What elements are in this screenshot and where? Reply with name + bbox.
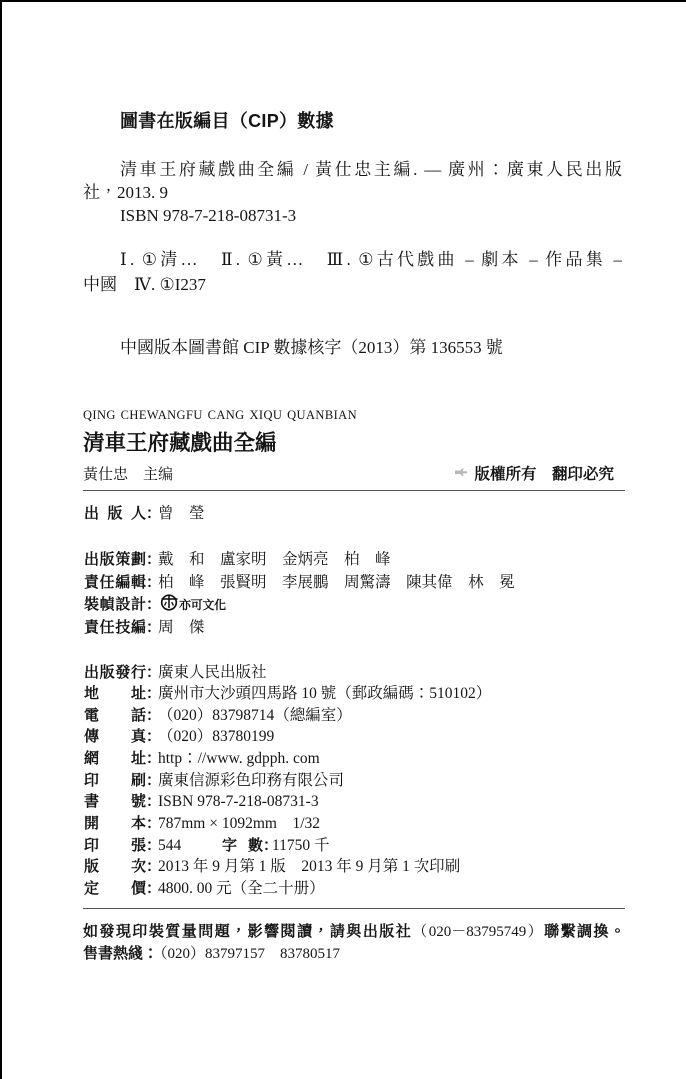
staff-row-design: 裝幀設計： 亦可文化	[84, 594, 515, 617]
label-separator: ：	[146, 705, 158, 727]
detail-label: 電話	[84, 705, 146, 727]
page-border-left	[0, 0, 2, 1079]
detail-label: 傳真	[84, 726, 146, 748]
detail-label: 印張	[84, 835, 146, 857]
cip-subjects-line-1: Ⅰ. ①清… Ⅱ. ①黃… Ⅲ. ①古代戲曲 – 劇本 – 作品集 –	[120, 248, 622, 271]
label-separator: ：	[146, 878, 158, 900]
detail-label: 開本	[84, 813, 146, 835]
detail-label: 網址	[84, 748, 146, 770]
detail-label: 地址	[84, 683, 146, 705]
cip-isbn: ISBN 978-7-218-08731-3	[120, 204, 296, 227]
detail-label: 版次	[84, 856, 146, 878]
detail-value: （020）83798714（總編室）	[158, 707, 352, 724]
detail-value: （020）83780199	[158, 728, 274, 745]
book-title: 清車王府藏戲曲全編	[83, 430, 277, 456]
label-separator: ：	[146, 549, 158, 572]
copyright-page: 圖書在版編目（CIP）數據 清車王府藏戲曲全編 / 黃仕忠主編. — 廣州：廣東…	[0, 0, 686, 1079]
staff-row-technical: 責任技編：周 傑	[84, 617, 515, 640]
staff-row-editors: 責任編輯：柏 峰張賢明李展鵬周驚濤陳其偉林 冕	[84, 572, 515, 595]
detail-value: 544	[158, 835, 222, 857]
detail-value: 787mm × 1092mm 1/32	[158, 815, 320, 832]
staff-label: 裝幀設計	[84, 594, 146, 617]
label-separator: ：	[263, 835, 272, 857]
staff-name: 戴 和	[158, 551, 205, 568]
cip-entry-line-1: 清車王府藏戲曲全編 / 黃仕忠主編. — 廣州：廣東人民出版	[120, 158, 622, 181]
staff-name: 李展鵬	[282, 574, 329, 591]
staff-row-planning: 出版策劃：戴 和盧家明金炳亮柏 峰	[84, 549, 515, 572]
pinyin-title: QING CHEWANGFU CANG XIQU QUANBIAN	[83, 407, 357, 423]
label-separator: ：	[146, 726, 158, 748]
publisher-row: 出版人：曾 瑩	[84, 503, 205, 525]
staff-name: 周 傑	[158, 619, 205, 636]
cip-entry-line-2: 社，2013. 9	[83, 181, 168, 204]
yike-circle-logo-icon	[160, 593, 178, 619]
rights-notice: 版權所有 翻印必究	[454, 464, 614, 486]
detail-row-phone: 電話：（020）83798714（總編室）	[84, 705, 491, 727]
cip-title: 圖書在版編目（CIP）數據	[120, 110, 334, 132]
label-separator: ：	[146, 572, 158, 595]
staff-name: 柏 峰	[344, 551, 391, 568]
detail-value: 廣東人民出版社	[158, 664, 267, 681]
publishing-details: 出版發行：廣東人民出版社 地址：廣州市大沙頭四馬路 10 號（郵政編碼：5101…	[84, 662, 491, 900]
staff-name: 周驚濤	[344, 574, 391, 591]
label-separator: ：	[146, 748, 158, 770]
staff-name: 金炳亮	[282, 551, 329, 568]
detail-row-edition: 版次：2013 年 9 月第 1 版 2013 年 9 月第 1 次印刷	[84, 856, 491, 878]
detail-label: 印刷	[84, 770, 146, 792]
word-count-value: 11750 千	[272, 837, 330, 854]
cip-number: 中國版本圖書館 CIP 數據核字（2013）第 136553 號	[120, 336, 503, 359]
notice-phone: （020－83795749）	[412, 924, 544, 940]
label-separator: ：	[146, 835, 158, 857]
label-separator: ：	[146, 503, 158, 525]
detail-row-sheets: 印張：544字數：11750 千	[84, 835, 491, 857]
detail-label: 定價	[84, 878, 146, 900]
detail-value: 廣東信源彩色印務有限公司	[158, 772, 344, 789]
staff-name: 陳其偉	[406, 574, 453, 591]
staff-name: 林 冕	[468, 574, 515, 591]
divider-bottom	[83, 908, 625, 909]
hotline-value: （020）83797157 83780517	[160, 946, 340, 962]
label-separator: ：	[146, 770, 158, 792]
staff-label: 責任技編	[84, 617, 146, 640]
label-separator: ：	[146, 594, 158, 617]
staff-label: 責任編輯	[84, 572, 146, 595]
sales-hotline: 售書熱綫：（020）83797157 83780517	[83, 943, 340, 965]
cip-subjects-line-2: 中國 Ⅳ. ①I237	[83, 273, 206, 296]
staff-name: 柏 峰	[158, 574, 205, 591]
publisher-value: 曾 瑩	[158, 505, 205, 522]
design-studio-logo: 亦可文化	[160, 594, 226, 617]
rights-text: 版權所有 翻印必究	[474, 464, 614, 486]
detail-row-isbn: 書號：ISBN 978-7-218-08731-3	[84, 791, 491, 813]
label-separator: ：	[146, 856, 158, 878]
notice-text-end: 聯繫調換。	[544, 923, 625, 940]
quality-notice: 如發現印裝質量問題，影響閱讀，請與出版社（020－83795749）聯繫調換。	[83, 921, 625, 943]
label-separator: ：	[143, 945, 158, 962]
label-separator: ：	[146, 683, 158, 705]
editor-credit: 黃仕忠 主编	[83, 464, 173, 486]
divider-top	[83, 490, 625, 491]
detail-value: http：//www. gdpph. com	[158, 750, 320, 767]
detail-row-address: 地址：廣州市大沙頭四馬路 10 號（郵政編碼：510102）	[84, 683, 491, 705]
hotline-label: 售書熱綫	[83, 945, 143, 962]
page-border-top	[0, 0, 686, 2]
staff-name: 盧家明	[220, 551, 267, 568]
label-separator: ：	[146, 617, 158, 640]
detail-row-distributor: 出版發行：廣東人民出版社	[84, 662, 491, 684]
label-separator: ：	[146, 813, 158, 835]
detail-value: 4800. 00 元（全二十册）	[158, 880, 325, 897]
detail-row-price: 定價：4800. 00 元（全二十册）	[84, 878, 491, 900]
word-count-label: 字數	[222, 835, 263, 857]
detail-row-fax: 傳真：（020）83780199	[84, 726, 491, 748]
detail-row-printer: 印刷：廣東信源彩色印務有限公司	[84, 770, 491, 792]
detail-row-format: 開本：787mm × 1092mm 1/32	[84, 813, 491, 835]
pointing-hand-icon	[454, 466, 468, 484]
design-studio-name: 亦可文化	[179, 594, 226, 617]
detail-label: 出版發行	[84, 662, 146, 684]
staff-list: 出版策劃：戴 和盧家明金炳亮柏 峰 責任編輯：柏 峰張賢明李展鵬周驚濤陳其偉林 …	[84, 549, 515, 639]
detail-value: 2013 年 9 月第 1 版 2013 年 9 月第 1 次印刷	[158, 858, 460, 875]
publisher-label: 出版人	[84, 503, 146, 525]
detail-value: 廣州市大沙頭四馬路 10 號（郵政編碼：510102）	[158, 685, 491, 702]
detail-row-website: 網址：http：//www. gdpph. com	[84, 748, 491, 770]
label-separator: ：	[146, 662, 158, 684]
detail-label: 書號	[84, 791, 146, 813]
detail-value: ISBN 978-7-218-08731-3	[158, 793, 319, 810]
notice-text: 如發現印裝質量問題，影響閱讀，請與出版社	[83, 923, 412, 940]
label-separator: ：	[146, 791, 158, 813]
staff-label: 出版策劃	[84, 549, 146, 572]
staff-name: 張賢明	[220, 574, 267, 591]
